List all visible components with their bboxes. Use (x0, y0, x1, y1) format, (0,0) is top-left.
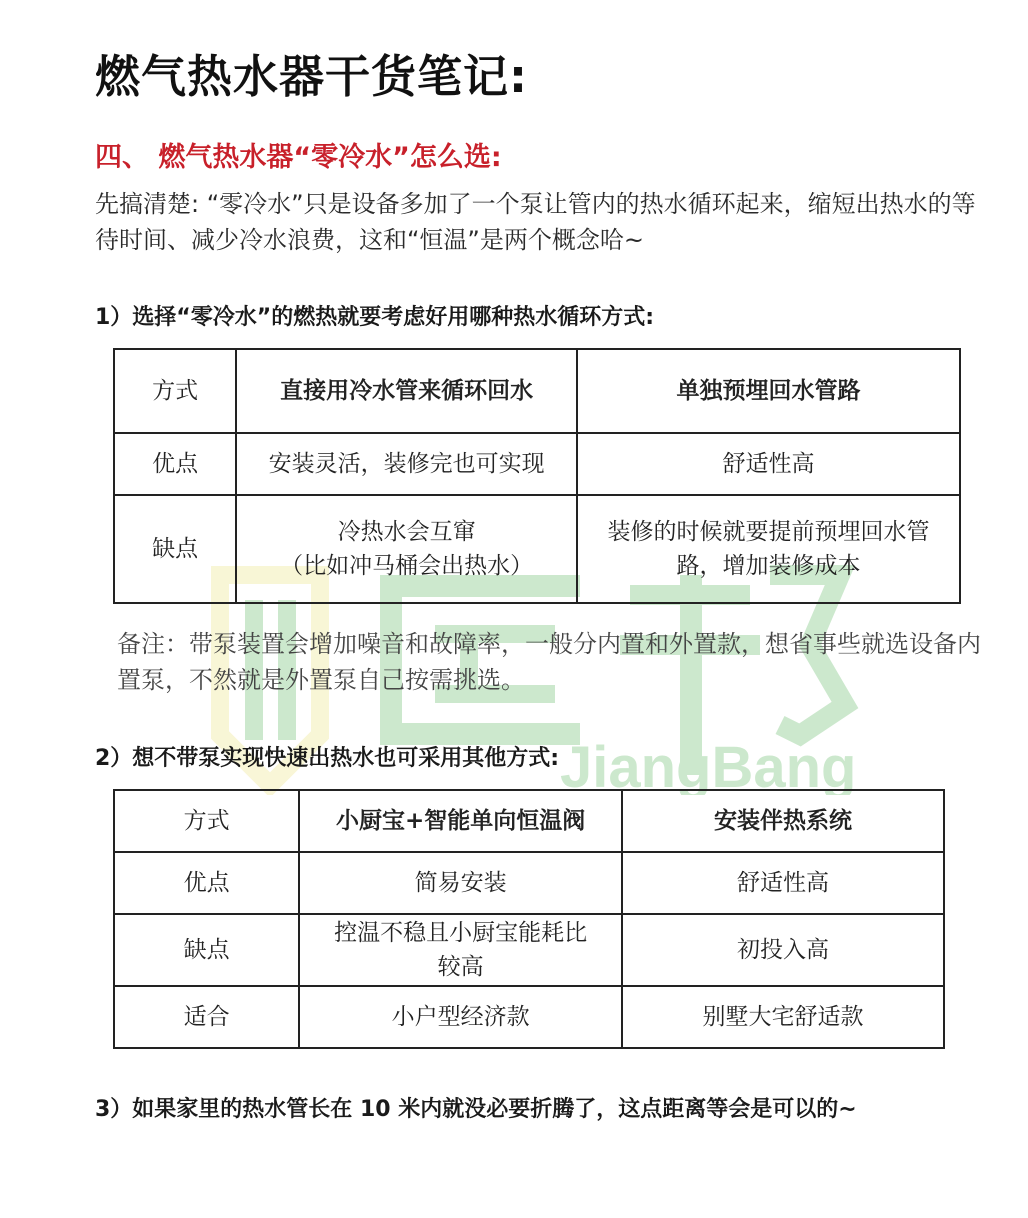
table-cell: 舒适性高 (577, 433, 960, 495)
note-paragraph: 备注：带泵装置会增加噪音和故障率，一般分内置和外置款，想省事些就选设备内置泵，不… (117, 626, 997, 698)
table-row: 方式 小厨宝+智能单向恒温阀 安装伴热系统 (114, 790, 944, 852)
table-cell: 装修的时候就要提前预埋回水管 路，增加装修成本 (577, 495, 960, 603)
table-cell: 舒适性高 (622, 852, 944, 914)
page-title: 燃气热水器干货笔记: (95, 40, 528, 105)
row-label: 缺点 (114, 914, 299, 986)
intro-paragraph: 先搞清楚: “零冷水”只是设备多加了一个泵让管内的热水循环起来，缩短出热水的等待… (95, 186, 995, 258)
row-label: 优点 (114, 852, 299, 914)
row-label: 方式 (114, 790, 299, 852)
part3-heading: 3）如果家里的热水管长在 10 米内就没必要折腾了，这点距离等会是可以的~ (95, 1092, 857, 1123)
cell-line: 路，增加装修成本 (592, 549, 945, 583)
row-label: 缺点 (114, 495, 236, 603)
cell-line: 较高 (314, 950, 607, 984)
table-row: 优点 简易安装 舒适性高 (114, 852, 944, 914)
table-cell: 控温不稳且小厨宝能耗比 较高 (299, 914, 622, 986)
column-header: 小厨宝+智能单向恒温阀 (299, 790, 622, 852)
table-cell: 别墅大宅舒适款 (622, 986, 944, 1048)
column-header: 直接用冷水管来循环回水 (236, 349, 577, 433)
part2-heading: 2）想不带泵实现快速出热水也可采用其他方式: (95, 741, 559, 772)
table-row: 优点 安装灵活，装修完也可实现 舒适性高 (114, 433, 960, 495)
table-row: 方式 直接用冷水管来循环回水 单独预埋回水管路 (114, 349, 960, 433)
column-header: 单独预埋回水管路 (577, 349, 960, 433)
cell-line: 装修的时候就要提前预埋回水管 (592, 515, 945, 549)
cell-line: （比如冲马桶会出热水） (251, 549, 562, 583)
table-cell: 小户型经济款 (299, 986, 622, 1048)
column-header: 安装伴热系统 (622, 790, 944, 852)
cell-line: 冷热水会互窜 (251, 515, 562, 549)
table-row: 适合 小户型经济款 别墅大宅舒适款 (114, 986, 944, 1048)
part1-heading: 1）选择“零冷水”的燃热就要考虑好用哪种热水循环方式: (95, 300, 654, 331)
table-cell: 安装灵活，装修完也可实现 (236, 433, 577, 495)
table-cell: 冷热水会互窜 （比如冲马桶会出热水） (236, 495, 577, 603)
table-cell: 初投入高 (622, 914, 944, 986)
row-label: 优点 (114, 433, 236, 495)
alternative-methods-table: 方式 小厨宝+智能单向恒温阀 安装伴热系统 优点 简易安装 舒适性高 缺点 控温… (113, 789, 945, 1049)
section-title: 四、 燃气热水器“零冷水”怎么选: (95, 135, 502, 174)
circulation-methods-table: 方式 直接用冷水管来循环回水 单独预埋回水管路 优点 安装灵活，装修完也可实现 … (113, 348, 961, 604)
svg-text:JiangBang: JiangBang (560, 735, 857, 795)
cell-line: 控温不稳且小厨宝能耗比 (314, 916, 607, 950)
row-label: 适合 (114, 986, 299, 1048)
table-cell: 简易安装 (299, 852, 622, 914)
table-row: 缺点 控温不稳且小厨宝能耗比 较高 初投入高 (114, 914, 944, 986)
row-label: 方式 (114, 349, 236, 433)
table-row: 缺点 冷热水会互窜 （比如冲马桶会出热水） 装修的时候就要提前预埋回水管 路，增… (114, 495, 960, 603)
